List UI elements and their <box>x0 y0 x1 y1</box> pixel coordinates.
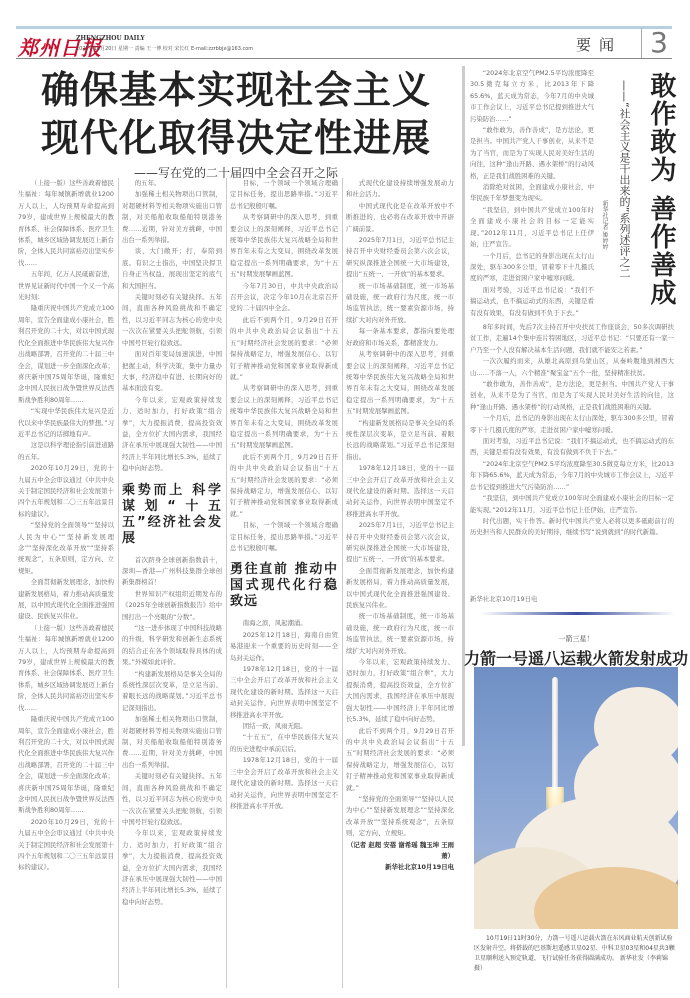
paragraph: 2025年7月1日，习近平总书记主持召开中央财经委员会第六次会议，研究纵深推进全… <box>346 235 454 281</box>
paragraph: 加强稀土相关物项出口管制，对超硬材料等相关物项实施出口管制，对美船舶收取船舶特别… <box>122 189 222 246</box>
paragraph: （上接一版）这些善政着德民生福祉：每年城镇新增就业1200万人以上，人均预期寿命… <box>18 623 114 714</box>
commentary-column-bottom: 8年多时间，先后7次主持召开中央扶贫工作座谈会，50多次调研扶贫工作，走遍14个… <box>470 322 674 592</box>
paragraph: 一个月后，总书记的身影出现在太行山深处，驱车300多公里，冒着零下十几摄氏度的严… <box>470 413 674 436</box>
paragraph: 今年7月30日，中共中央政治局召开会议，决定今年10月在北京召开党的二十届四中全… <box>230 281 338 315</box>
commentary-column-top: “2024年北京空气PM2.5平均浓度降至30.5微克每立方米，比2013年下降… <box>470 68 594 318</box>
paragraph: “我坚信，到中国共产党成立100年时全面建成小康社会的目标一定能实现。”2012… <box>470 493 674 516</box>
commentary-title: 敢作敢为 善作善成 <box>646 72 676 307</box>
paragraph: “2024年北京空气PM2.5平均浓度降至30.5微克每立方米，比2013年下降… <box>470 459 674 493</box>
section-divider <box>480 612 675 615</box>
paragraph: 2025年12月18日，海南自由贸易港迎来一个重要的历史时刻——全岛封关运作。 <box>230 630 338 664</box>
article-column-4: 式现代化建设持续增强发展动力和社会活力。 中国式现代化是在改革开放中不断推进的，… <box>346 178 454 978</box>
paragraph: 8年多时间，先后7次主持召开中央扶贫工作座谈会，50多次调研扶贫工作，走遍14个… <box>470 322 674 356</box>
paragraph: 目标，一个领域一个领域合理确定目标任务，提出思路举措。”习近平总书记殷殷叮嘱。 <box>230 520 338 554</box>
paragraph: 此后不到两个月，9月29日召开的中共中央政治局会议指出“十五五”时期经济社会发展… <box>230 315 338 383</box>
paragraph: 今年以来，宏观政策持续发力、适时加力，打好政策“组合拳”，大力提振消费，提高投资… <box>122 395 222 475</box>
paragraph: 今年以来，宏观政策持续发力、适时加力，打好政策“组合拳”，大力提振消费，提高投资… <box>122 828 222 908</box>
column-divider <box>118 178 119 988</box>
main-headline: 确保基本实现社会主义 现代化取得决定性进展 ——写在党的二十届四中全会召开之际 <box>16 66 456 181</box>
paragraph: 此后不到两个月，9月29日召开的中共中央政治局会议指出“十五五”时期经济社会发展… <box>230 452 338 520</box>
paragraph: 的五年。 <box>122 178 222 189</box>
paragraph: 从考察调研中的深入思考，到重要会议上的深刻阐释，习近平总书记统筹中华民族伟大复兴… <box>230 383 338 451</box>
paragraph: （上接一版）这些善政着德民生福祉：每年城镇新增就业1200万人以上，人均预期寿命… <box>18 178 114 269</box>
column-divider <box>342 178 343 988</box>
paragraph: 式现代化建设持续增强发展动力和社会活力。 <box>346 178 454 201</box>
paragraph: 今年以来，宏观政策持续发力、适时加力，打好政策“组合拳”，大力提振消费，提高投资… <box>346 657 454 725</box>
photo-title: 力箭一号遥八运载火箭发射成功 <box>462 646 690 669</box>
paragraph: 2020年10月29日，党的十九届五中全会审议通过《中共中央关于制定国民经济和社… <box>18 817 114 874</box>
paragraph: “坚持党的全面领导”“坚持以人民为中心”“坚持新发展理念”“坚持深化改革开放”“… <box>346 794 454 840</box>
rocket-launch-photo <box>474 667 678 929</box>
paragraph: 2020年10月29日，党的十九届五中全会审议通过《中共中央关于制定国民经济和社… <box>18 463 114 520</box>
section-subhead: 勇往直前 推动中国式现代化行稳致远 <box>230 562 338 610</box>
paragraph: 统一市场基础制度，统一市场基础设施，统一政府行为尺度，统一市场监管执法，统一要素… <box>346 281 454 327</box>
paragraph: “2024年北京空气PM2.5平均浓度降至30.5微克每立方米，比2013年下降… <box>470 68 594 125</box>
paragraph: 全面贯彻新发展理念，加快构建新发展格局，着力推动高质量发展，以中国式现代化全面推… <box>346 566 454 612</box>
paragraph: 这是以科学理论指引前进道路的五年。 <box>18 440 114 463</box>
paragraph: 全面贯彻新发展理念，加快构建新发展格局，着力推动高质量发展，以中国式现代化全面推… <box>18 577 114 623</box>
paragraph: 面对考验，习近平总书记说：“我们不搞运动式，也不搞运动式的东西，关键是看有没有效… <box>470 436 674 459</box>
section-label: 要闻 <box>576 34 622 55</box>
paragraph: 隆重庆祝中国共产党成立100周年，宣告全面建成小康社会，胜利召开党的二十大，对以… <box>18 714 114 817</box>
paragraph: “这一进步体现了中国科技战略的升级，科学研发和创新生态系统的结合正在各个领域取得… <box>122 623 222 669</box>
paragraph: 关键时刻必有关键抉择。五年间，直面各种风险挑战和不确定性，以习近平同志为核心的党… <box>122 292 222 349</box>
paragraph: 统一市场基础制度，统一市场基础设施，统一政府行为尺度，统一市场监管执法，统一要素… <box>346 611 454 657</box>
paragraph: 目标，一个领域一个领域合理确定目标任务，提出思路举措。”习近平总书记殷殷叮嘱。 <box>230 178 338 212</box>
article-column-3: 目标，一个领域一个领域合理确定目标任务，提出思路举措。”习近平总书记殷殷叮嘱。 … <box>230 178 338 988</box>
commentary-series-subtitle: ——“社会主义是干出来的”系列述评之二 <box>617 80 631 278</box>
paragraph: 加强稀土相关物项出口管制，对超硬材料等相关物项实施出口管制，对美船舶收取船舶特别… <box>122 714 222 771</box>
paragraph: 1978年12月18日，党的十一届三中全会开启了改革开放和社会主义现代化建设的新… <box>230 664 338 721</box>
article-column-1: （上接一版）这些善政着德民生福祉：每年城镇新增就业1200万人以上，人均预期寿命… <box>18 178 114 988</box>
rocket-shape <box>552 677 558 787</box>
paragraph: “十五五”，在中华民族伟大复兴的历史进程中承前启后。 <box>230 732 338 755</box>
paragraph: 消除绝对贫困，全面建成小康社会，中华民族千年梦想变为现实。 <box>470 182 594 205</box>
commentary-author: 新华社记者 姬婷婷 <box>600 200 609 250</box>
headline-line2: 现代化取得决定性进展 <box>16 114 456 162</box>
article-column-2: 的五年。 加强稀土相关物项出口管制，对超硬材料等相关物项实施出口管制，对美船舶收… <box>122 178 222 988</box>
paragraph: 每一条基本要求，都指向要处理好政府和市场关系，都精准发力。 <box>346 326 454 349</box>
paragraph: 五年间，亿万人民砥砺奋进，世界见证新时代中国一个又一个高光时刻： <box>18 269 114 303</box>
paragraph: 团结一致，风雨无阻。 <box>230 721 338 732</box>
masthead: 郑州日报 ZHENGZHOU DAILY 2025年10月20日 星期一 责编 … <box>16 30 672 59</box>
paragraph: “敢作敢为，善作善成”，是方法论，更是担当。中国共产党人干事创业，从来不是为了当… <box>470 125 594 182</box>
paragraph: 中国式现代化是在改革开放中不断推进的，也必将在改革开放中开辟广阔前景。 <box>346 201 454 235</box>
paragraph: 从考察调研中的深入思考，到重要会议上的深刻阐释，习近平总书记统筹中华民族伟大复兴… <box>230 212 338 280</box>
paragraph: 谈，大门敞开；打，奉陪到底。有识之士指出，中国坚决捍卫自身正当权益，展现出坚定的… <box>122 246 222 292</box>
paragraph: 一个月后，总书记的身影出现在太行山深处，驱车300多公里，冒着零下十几摄氏度的严… <box>470 251 594 285</box>
section-subhead: 乘势而上 科学谋划“十五五”经济社会发展 <box>122 483 222 547</box>
photo-caption: 10月19日11时30分，力箭一号遥八运载火箭在东风商业航天创新试验区发射升空，… <box>474 934 678 974</box>
paragraph: “构建新发展格局是事关全局的系统性深层次变革，是立足当前、着眼长远的战略谋划。”… <box>346 418 454 464</box>
paragraph: 关键时刻必有关键抉择。五年间，直面各种风险挑战和不确定性，以习近平同志为核心的党… <box>122 771 222 828</box>
paragraph: 1978年12月18日，党的十一届三中全会开启了改革开放和社会主义现代化建设的新… <box>230 755 338 812</box>
photo-kicker: 一箭三星！ <box>462 634 690 644</box>
paragraph: 面对考验，习近平总书记说：“我们不搞运动式，也不搞运动式的东西，关键是看有没有效… <box>470 285 594 318</box>
paragraph: 面对百年变局加速演进，中国把握主动，科学决策，集中力量办大事，经济稳中有进、长期… <box>122 349 222 395</box>
top-rule <box>16 26 672 29</box>
paragraph: 时代出题，实干作答。新时代中国共产党人必将以更多砥砺前行的历史担当和人民群众的美… <box>470 516 674 539</box>
paragraph: 世界知识产权组织近期发布的《2025年全球创新指数报告》给中国打出一个亮眼的“分… <box>122 589 222 623</box>
dateline: 2025年10月20日 星期一 责编 王一博 校对 宋长红 E-mail:zzr… <box>76 45 253 52</box>
reporter-byline: （记者 赵超 安蓓 谢希瑶 魏玉坤 王雨萧） <box>346 840 454 863</box>
paragraph: 隆重庆祝中国共产党成立100周年，宣告全面建成小康社会，胜利召开党的二十大，对以… <box>18 303 114 406</box>
page-number: 3 <box>641 28 668 58</box>
column-divider <box>226 178 227 988</box>
english-name: ZHENGZHOU DAILY <box>76 35 145 42</box>
paragraph: 2025年7月1日，习近平总书记主持召开中央财经委员会第六次会议，研究纵深推进全… <box>346 520 454 566</box>
paragraph: 此后不到两个月，9月29日召开的中共中央政治局会议指出“十五五”时期经济社会发展… <box>346 726 454 794</box>
paragraph: 从考察调研中的深入思考，到重要会议上的深刻阐释，习近平总书记统筹中华民族伟大复兴… <box>346 349 454 417</box>
paragraph: “我坚信，到中国共产党成立100年时全面建成小康社会的目标一定能实现。”2012… <box>470 205 594 251</box>
paragraph: “构建新发展格局是事关全局的系统性深层次变革，是立足当前、着眼长远的战略谋划。”… <box>122 669 222 715</box>
paragraph: 一次次履约而来，从雄北高原到乌蒙山区，从秦岭腹地到湘西大山……不落一人，六个精准… <box>470 356 674 379</box>
paragraph: 首次跻身全球创新指数前十，深圳—香港—广州科技集群全球创新集群榜首！ <box>122 555 222 589</box>
commentary-dateline: 新华社北京10月19日电 <box>470 594 674 606</box>
article-dateline: 新华社北京10月19日电 <box>346 862 454 873</box>
paragraph: “实现中华民族伟大复兴是近代以来中华民族最伟大的梦想。”习近平总书记的话掷地有声… <box>18 406 114 440</box>
paragraph: 南海之滨，风起潮涌。 <box>230 618 338 629</box>
paragraph: 1978年12月18日，党的十一届三中全会开启了改革开放和社会主义现代化建设的新… <box>346 463 454 520</box>
headline-line1: 确保基本实现社会主义 <box>16 66 456 114</box>
paragraph: “敢作敢为，善作善成”，是方法论，更是担当。中国共产党人干事创业，从来不是为了当… <box>470 379 674 413</box>
paragraph: “坚持党的全面领导”“坚持以人民为中心”“坚持新发展理念”“坚持深化改革开放”“… <box>18 520 114 577</box>
